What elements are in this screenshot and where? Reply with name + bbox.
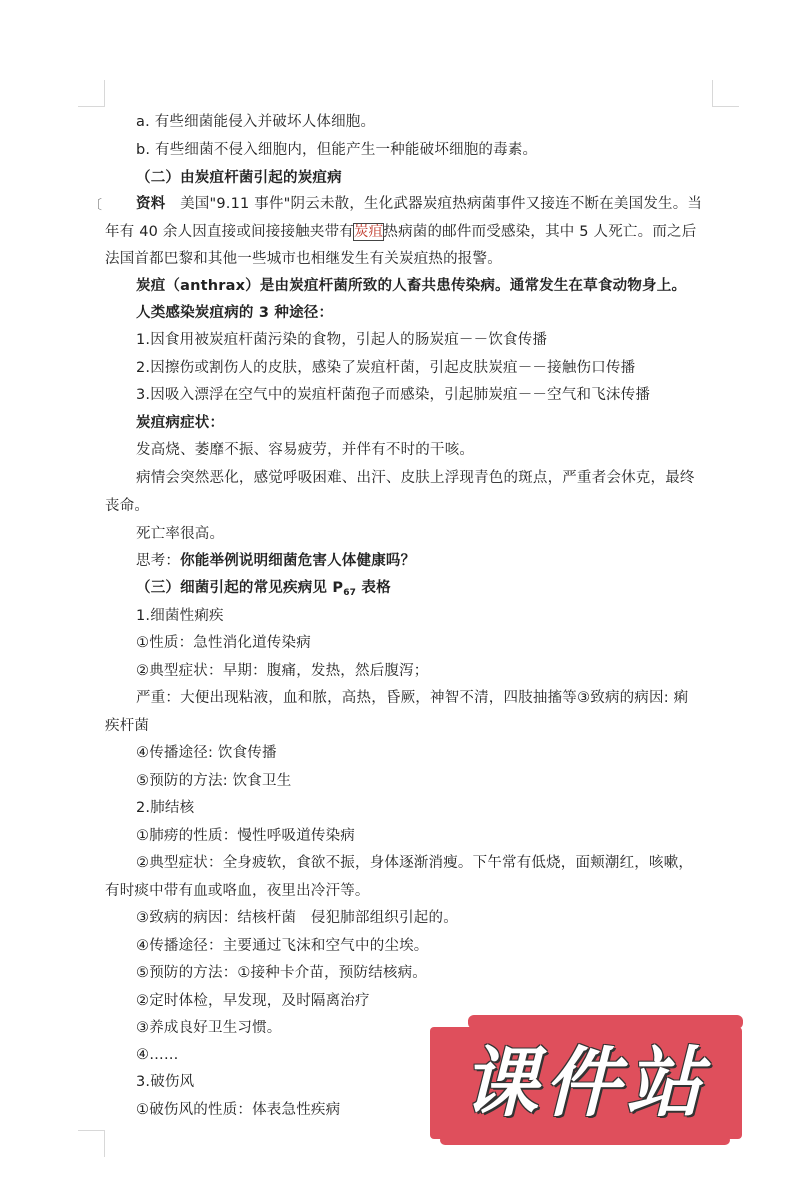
- text-line: 死亡率很高。: [136, 524, 224, 544]
- text-line: ③养成良好卫生习惯。: [136, 1018, 282, 1038]
- text-line: ③致病的病因：结核杆菌 侵犯肺部组织引起的。: [136, 908, 458, 928]
- margin-bracket-mark: 〔: [89, 194, 102, 213]
- text-line: 严重：大便出现粘液，血和脓，高热，昏厥，神智不清，四肢抽搐等③致病的病因: 痢: [136, 688, 688, 708]
- text-line: ⑤预防的方法：①接种卡介苗，预防结核病。: [136, 963, 427, 983]
- text-line: ⑤预防的方法: 饮食卫生: [136, 771, 291, 791]
- think-label: 思考：: [136, 553, 180, 569]
- text-line: 2.因擦伤或割伤人的皮肤，感染了炭疽杆菌，引起皮肤炭疽－－接触伤口传播: [136, 358, 635, 378]
- definition-line: 炭疽（anthrax）是由炭疽杆菌所致的人畜共患传染病。通常发生在草食动物身上。: [136, 276, 686, 296]
- text-line: 1.因食用被炭疽杆菌污染的食物，引起人的肠炭疽－－饮食传播: [136, 330, 547, 350]
- text-line: 2.肺结核: [136, 798, 194, 818]
- text-span: （三）细菌引起的常见疾病见 P: [136, 580, 343, 596]
- text-line: 思考：你能举例说明细菌危害人体健康吗？: [136, 551, 415, 571]
- text-line: ①肺痨的性质：慢性呼吸道传染病: [136, 826, 355, 846]
- text-line: ④传播途径：主要通过飞沫和空气中的尘埃。: [136, 936, 429, 956]
- subheading: 炭疽病症状：: [136, 413, 224, 433]
- text-line: 病情会突然恶化，感觉呼吸困难、出汗、皮肤上浮现青色的斑点，严重者会休克，最终: [136, 468, 695, 488]
- text-line: 法国首都巴黎和其他一些城市也相继发生有关炭疽热的报警。: [105, 249, 502, 269]
- text-span: 年有 40 余人因直接或间接接触夹带有: [105, 224, 354, 240]
- subheading: 人类感染炭疽病的 3 种途径：: [136, 303, 333, 323]
- text-line: 发高烧、萎靡不振、容易疲劳，并伴有不时的干咳。: [136, 440, 474, 460]
- page-corner-mark-top-left: [78, 80, 105, 107]
- text-span: 热病菌的邮件而受感染，其中 5 人死亡。而之后: [383, 224, 696, 240]
- text-line: ②定时体检，早发现，及时隔离治疗: [136, 991, 370, 1011]
- text-line: ②典型症状：全身疲软，食欲不振，身体逐渐消瘦。下午常有低烧，面颊潮红，咳嗽，: [136, 853, 693, 873]
- text-line: b. 有些细菌不侵入细胞内，但能产生一种能破坏细胞的毒素。: [136, 140, 537, 160]
- text-line: 1.细菌性痢疾: [136, 606, 224, 626]
- text-span: 美国"9.11 事件"阴云未散，生化武器炭疽热病菌事件又接连不断在美国发生。当: [165, 196, 702, 212]
- highlighted-word[interactable]: 炭疽: [354, 224, 383, 240]
- think-question: 你能举例说明细菌危害人体健康吗？: [180, 553, 415, 569]
- watermark-text: 课件站: [420, 1033, 750, 1133]
- text-line: ①破伤风的性质：体表急性疾病: [136, 1100, 340, 1120]
- section-heading: （三）细菌引起的常见疾病见 P67 表格: [136, 578, 391, 603]
- document-page: 〔 a. 有些细菌能侵入并破坏人体细胞。 b. 有些细菌不侵入细胞内，但能产生一…: [0, 0, 800, 1200]
- text-line: 年有 40 余人因直接或间接接触夹带有炭疽热病菌的邮件而受感染，其中 5 人死亡…: [105, 222, 696, 242]
- text-line: 丧命。: [105, 496, 149, 516]
- text-line: 3.破伤风: [136, 1072, 194, 1092]
- text-line: 资料 美国"9.11 事件"阴云未散，生化武器炭疽热病菌事件又接连不断在美国发生…: [136, 194, 702, 214]
- text-line: a. 有些细菌能侵入并破坏人体细胞。: [136, 112, 375, 132]
- text-line: ①性质：急性消化道传染病: [136, 633, 311, 653]
- text-span: 表格: [356, 580, 391, 596]
- stamp-edge: [440, 1135, 730, 1145]
- page-corner-mark-top-right: [712, 80, 739, 107]
- page-subscript: 67: [343, 588, 356, 598]
- text-line: 3.因吸入漂浮在空气中的炭疽杆菌孢子而感染，引起肺炭疽－－空气和飞沫传播: [136, 385, 650, 405]
- text-line: ④……: [136, 1045, 179, 1065]
- text-line: 疾杆菌: [105, 716, 149, 736]
- text-line: ④传播途径: 饮食传播: [136, 743, 277, 763]
- material-label: 资料: [136, 196, 165, 212]
- text-line: ②典型症状：早期：腹痛，发热，然后腹泻；: [136, 661, 429, 681]
- page-corner-mark-bottom-left: [78, 1130, 105, 1157]
- watermark-stamp: 课件站: [420, 1015, 750, 1150]
- section-heading: （二）由炭疽杆菌引起的炭疽病: [136, 168, 342, 188]
- text-line: 有时痰中带有血或咯血，夜里出冷汗等。: [105, 881, 370, 901]
